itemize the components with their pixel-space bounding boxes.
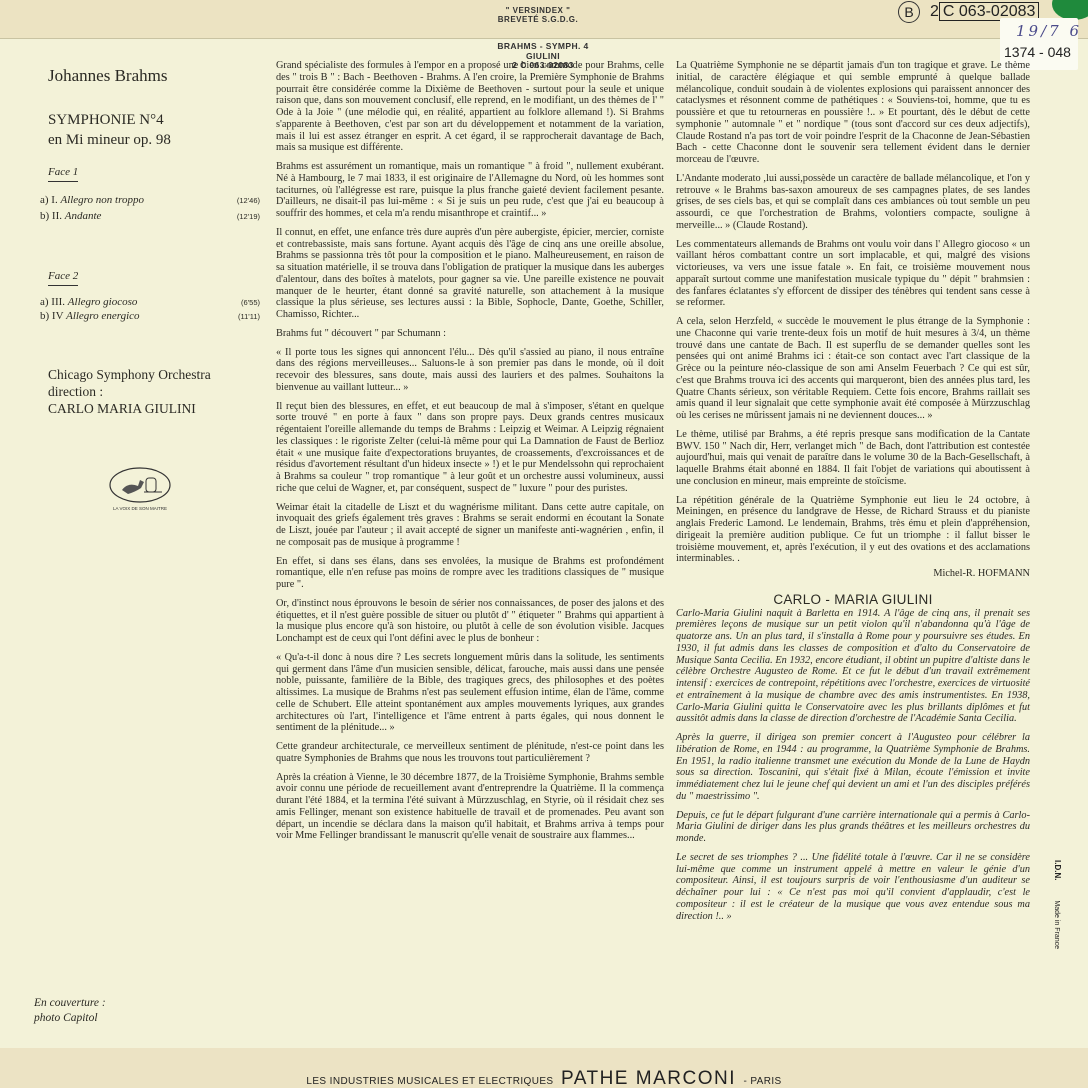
- paragraph: Il reçut bien des blessures, en effet, e…: [276, 401, 664, 495]
- footer-brand: PATHE MARCONI: [561, 1068, 736, 1088]
- versindex-label: " VERSINDEX " BREVETÉ S.G.D.G.: [478, 6, 598, 24]
- track-duration: (11'11): [238, 310, 260, 322]
- track-item: b) IV Allegro energico (11'11): [40, 310, 260, 322]
- paragraph: Le thème, utilisé par Brahms, a été repr…: [676, 429, 1030, 488]
- track-item: b) II. Andante (12'19): [40, 210, 260, 222]
- paragraph: Après la création à Vienne, le 30 décemb…: [276, 772, 664, 843]
- paragraph: Brahms fut " découvert " par Schumann :: [276, 328, 664, 340]
- paragraph: Weimar était la citadelle de Liszt et du…: [276, 502, 664, 549]
- conductor-biography: Carlo-Maria Giulini naquit à Barletta en…: [676, 608, 1030, 923]
- conductor-name: CARLO MARIA GIULINI: [48, 400, 260, 417]
- paragraph: L'Andante moderato ,lui aussi,possède un…: [676, 173, 1030, 232]
- track-title: Allegro energico: [66, 310, 139, 322]
- direction-label: direction :: [48, 383, 260, 400]
- paragraph: Depuis, ce fut le départ fulgurant d'une…: [676, 810, 1030, 845]
- work-title: SYMPHONIE N°4 en Mi mineur op. 98: [48, 110, 260, 150]
- face-2-tracklist: a) III. Allegro giocoso (6'55) b) IV All…: [40, 296, 260, 322]
- paragraph: A cela, selon Herzfeld, « succède le mou…: [676, 316, 1030, 422]
- paragraph: Grand spécialiste des formules à l'empor…: [276, 60, 664, 154]
- track-duration: (6'55): [241, 296, 260, 308]
- paragraph: Les commentateurs allemands de Brahms on…: [676, 239, 1030, 310]
- brevete-text: BREVETÉ S.G.D.G.: [478, 15, 598, 24]
- face-2-label: Face 2: [48, 270, 78, 286]
- paragraph: La répétition générale de la Quatrième S…: [676, 495, 1030, 566]
- face-1-label: Face 1: [48, 166, 78, 182]
- paragraph: « Qu'a-t-il donc à nous dire ? Les secre…: [276, 652, 664, 734]
- symphony-notes: La Quatrième Symphonie ne se départit ja…: [676, 60, 1030, 565]
- track-number: II.: [52, 210, 62, 222]
- composer-name: Johannes Brahms: [48, 66, 260, 86]
- paragraph: « Il porte tous les signes qui annoncent…: [276, 347, 664, 394]
- his-masters-voice-logo-icon: LA VOIX DE SON MAITRE: [104, 466, 176, 512]
- paragraph: Le secret de ses triomphes ? ... Une fid…: [676, 852, 1030, 923]
- track-duration: (12'19): [237, 210, 260, 222]
- catalog-prefix: 2: [930, 3, 939, 20]
- handwritten-note: 19/7 6: [1016, 22, 1082, 40]
- performer-credits: Chicago Symphony Orchestra direction : C…: [48, 366, 260, 417]
- cover-credit-label: En couverture :: [34, 996, 106, 1011]
- stock-number: 1374 - 048: [1004, 44, 1071, 60]
- track-number: III.: [51, 296, 65, 308]
- paragraph: Il connut, en effet, une enfance très du…: [276, 227, 664, 321]
- svg-text:LA VOIX DE SON MAITRE: LA VOIX DE SON MAITRE: [113, 506, 167, 511]
- versindex-text: " VERSINDEX ": [478, 6, 598, 15]
- cover-credit: En couverture : photo Capitol: [34, 996, 106, 1026]
- work-title-line: SYMPHONIE N°4: [48, 110, 260, 130]
- bio-title: CARLO - MARIA GIULINI: [676, 594, 1030, 606]
- publisher-footer: LES INDUSTRIES MUSICALES ET ELECTRIQUES …: [0, 1068, 1088, 1088]
- liner-notes-column-2: La Quatrième Symphonie ne se départit ja…: [676, 60, 1030, 929]
- track-title: Andante: [65, 210, 102, 222]
- track-number: I.: [51, 194, 57, 206]
- liner-notes-column-1: Grand spécialiste des formules à l'empor…: [276, 60, 664, 849]
- face-1-tracklist: a) I. Allegro non troppo (12'46) b) II. …: [40, 194, 260, 222]
- track-letter: a): [40, 296, 49, 308]
- paragraph: Cette grandeur architecturale, ce mervei…: [276, 741, 664, 765]
- author-signature: Michel-R. HOFMANN: [676, 568, 1030, 580]
- orchestra-name: Chicago Symphony Orchestra: [48, 366, 260, 383]
- track-letter: a): [40, 194, 49, 206]
- track-letter: b): [40, 210, 49, 222]
- side-print: I.D.N. Made in France: [1053, 860, 1062, 949]
- track-duration: (12'46): [237, 194, 260, 206]
- track-item: a) III. Allegro giocoso (6'55): [40, 296, 260, 308]
- paragraph: Brahms est assurément un romantique, mai…: [276, 161, 664, 220]
- album-info-column: Johannes Brahms SYMPHONIE N°4 en Mi mine…: [40, 60, 260, 417]
- idn-label: I.D.N.: [1053, 860, 1062, 880]
- track-title: Allegro giocoso: [68, 296, 138, 308]
- track-letter: b): [40, 310, 49, 322]
- track-number: IV: [52, 310, 63, 322]
- paragraph: En effet, si dans ses élans, dans ses en…: [276, 556, 664, 591]
- paragraph: Carlo-Maria Giulini naquit à Barletta en…: [676, 608, 1030, 726]
- footer-suffix: - PARIS: [743, 1076, 781, 1087]
- made-in-label: Made in France: [1053, 900, 1060, 949]
- paragraph: Après la guerre, il dirigea son premier …: [676, 732, 1030, 803]
- track-item: a) I. Allegro non troppo (12'46): [40, 194, 260, 206]
- work-key-opus: en Mi mineur op. 98: [48, 130, 260, 150]
- paragraph: Or, d'instinct nous éprouvons le besoin …: [276, 598, 664, 645]
- b-circle-icon: B: [898, 1, 920, 23]
- cover-credit-source: photo Capitol: [34, 1011, 106, 1026]
- paragraph: La Quatrième Symphonie ne se départit ja…: [676, 60, 1030, 166]
- track-title: Allegro non troppo: [60, 194, 144, 206]
- footer-prefix: LES INDUSTRIES MUSICALES ET ELECTRIQUES: [306, 1076, 553, 1087]
